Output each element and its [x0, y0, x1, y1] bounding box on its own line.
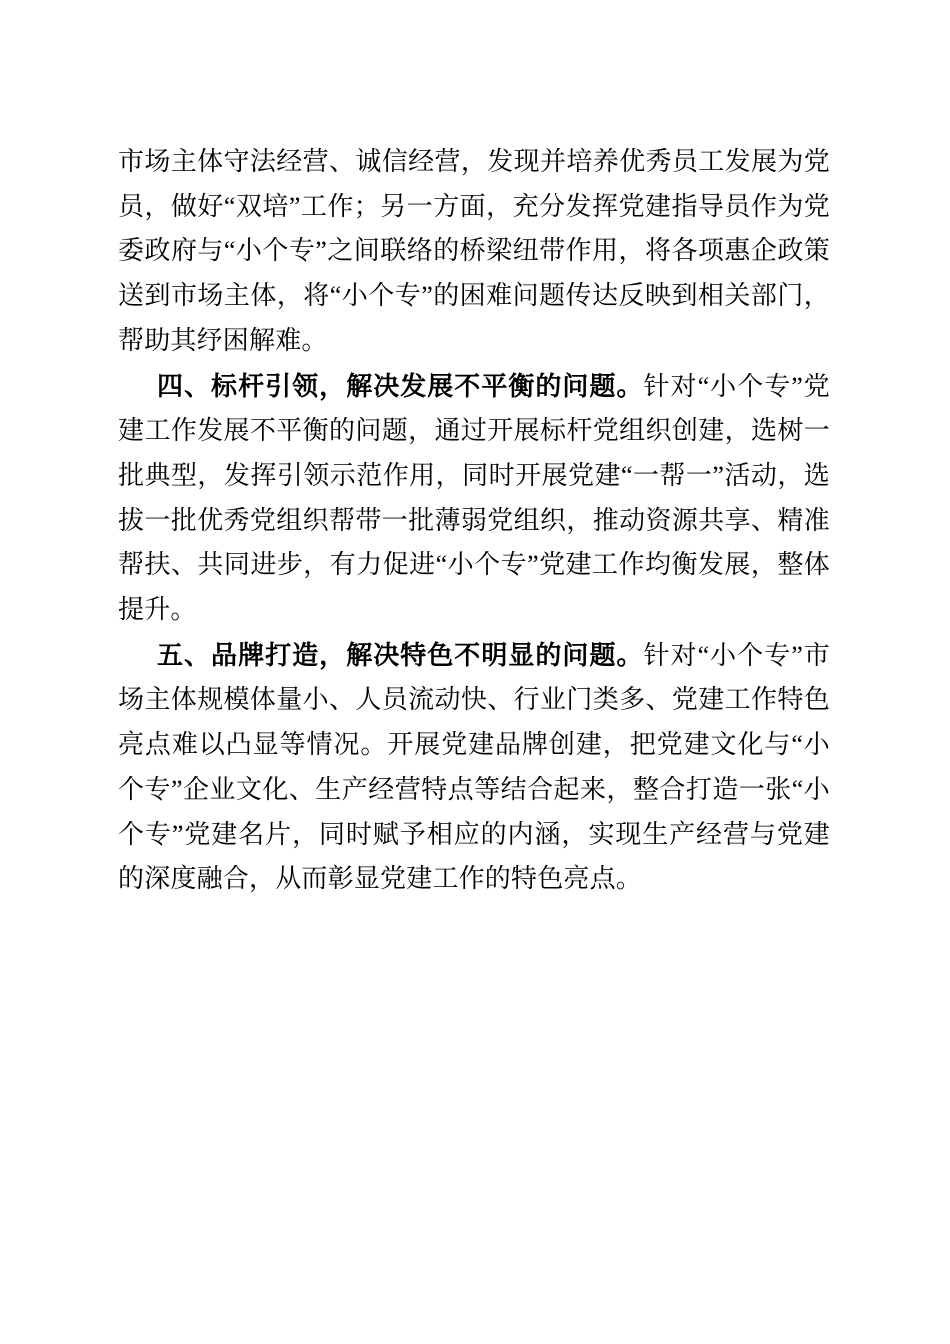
paragraph-section-four: 四、标杆引领，解决发展不平衡的问题。针对“小个专”党建工作发展不平衡的问题，通过… — [118, 364, 830, 633]
paragraph-section-five: 五、品牌打造，解决特色不明显的问题。针对“小个专”市场主体规模体量小、人员流动快… — [118, 633, 830, 902]
document-page: 市场主体守法经营、诚信经营，发现并培养优秀员工发展为党员，做好“双培”工作；另一… — [0, 0, 950, 1344]
section-five-heading: 五、品牌打造，解决特色不明显的问题。 — [157, 640, 644, 670]
paragraph-continuation: 市场主体守法经营、诚信经营，发现并培养优秀员工发展为党员，做好“双培”工作；另一… — [118, 140, 830, 364]
document-content: 市场主体守法经营、诚信经营，发现并培养优秀员工发展为党员，做好“双培”工作；另一… — [118, 140, 830, 902]
paragraph-text: 针对“小个专”市场主体规模体量小、人员流动快、行业门类多、党建工作特色亮点难以凸… — [118, 641, 830, 894]
paragraph-text: 针对“小个专”党建工作发展不平衡的问题，通过开展标杆党组织创建，选树一批典型，发… — [118, 372, 830, 625]
paragraph-text: 市场主体守法经营、诚信经营，发现并培养优秀员工发展为党员，做好“双培”工作；另一… — [118, 147, 830, 355]
section-four-heading: 四、标杆引领，解决发展不平衡的问题。 — [157, 371, 644, 401]
